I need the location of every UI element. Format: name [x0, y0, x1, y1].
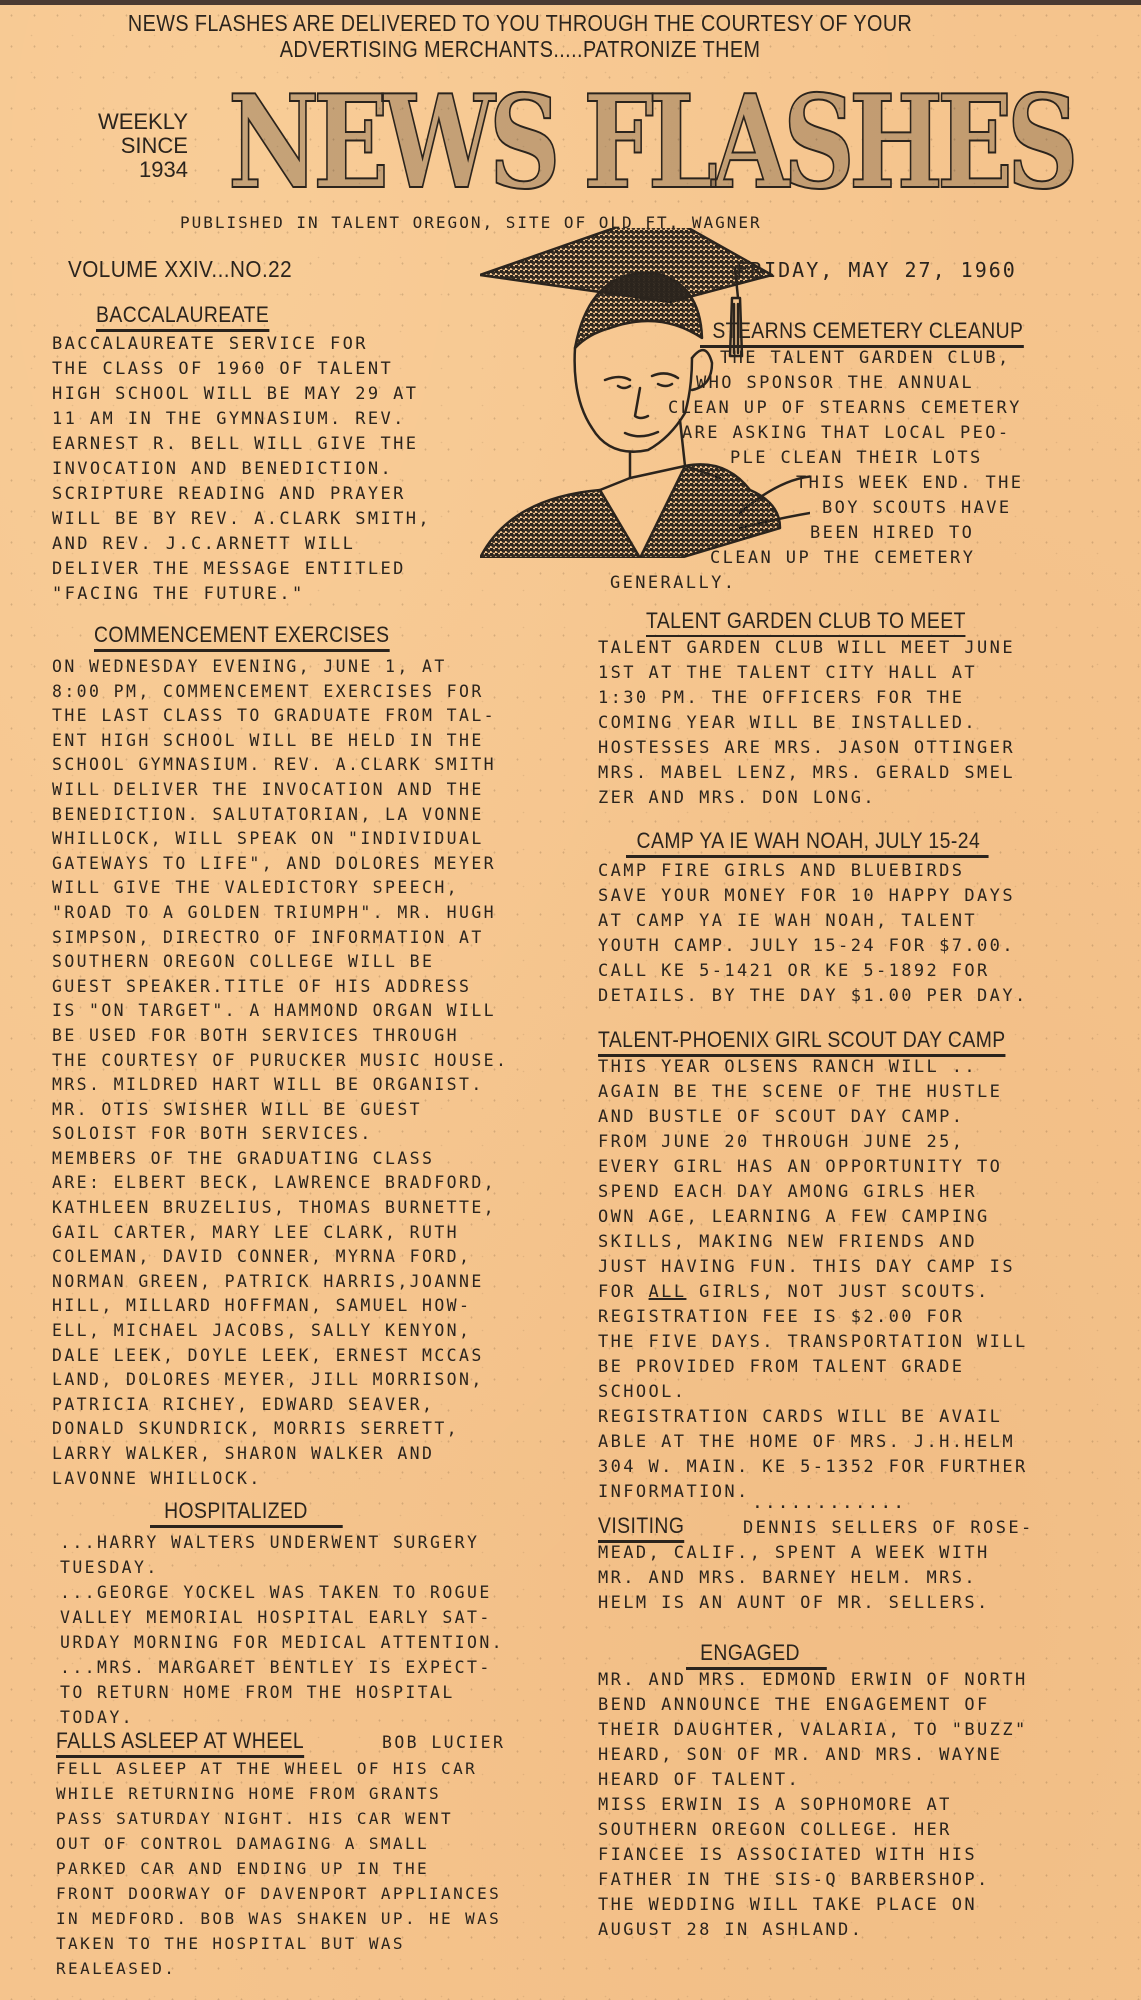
- weekly-since: Weekly since 1934: [78, 110, 188, 182]
- article-garden-club: Talent Garden Club will meet June 1st at…: [598, 636, 1118, 811]
- article-hospitalized: ...Harry Walters underwent surgery Tuesd…: [60, 1530, 620, 1730]
- article-engaged: Mr. and Mrs. Edmond Erwin of North Bend …: [598, 1668, 1118, 1943]
- headline-scout: Talent-Phoenix Girl Scout Day Camp: [598, 1027, 1006, 1057]
- article-baccalaureate: Baccalaureate service for the Class of 1…: [52, 332, 512, 607]
- visiting-body: mead, Calif., spent a week with Mr. and …: [598, 1541, 1118, 1616]
- stearns-line: are asking that local peo-: [600, 421, 1100, 446]
- scout-body-1: This year Olsens Ranch will .. again be …: [598, 1057, 1015, 1302]
- courtesy-notice: News flashes are delivered to you throug…: [60, 10, 980, 62]
- stearns-line: generally.: [600, 571, 1100, 596]
- headline-stearns: Stearns Cemetery Cleanup: [700, 318, 1023, 348]
- top-edge: [0, 0, 1141, 5]
- article-scout: This year Olsens Ranch will .. again be …: [598, 1055, 1118, 1505]
- volume-number: Volume XXIV...No.22: [68, 256, 292, 283]
- asleep-lead: Bob Lucier: [382, 1730, 505, 1755]
- stearns-line: who sponsor the annual: [600, 371, 1100, 396]
- headline-garden-club: Talent Garden Club to meet: [646, 608, 966, 637]
- stearns-line: Boy Scouts have: [600, 496, 1100, 521]
- article-commencement: On Wednesday evening, June 1, at 8:00 pm…: [52, 655, 612, 1491]
- visiting-lead: Dennis Sellers of Rose-: [743, 1516, 1034, 1541]
- article-visiting: Visiting Dennis Sellers of Rose- mead, C…: [598, 1513, 1118, 1616]
- scout-body-2: girls, not just Scouts. Registration fee…: [598, 1282, 1028, 1502]
- article-stearns: The Talent Garden Club, who sponsor the …: [600, 346, 1100, 596]
- headline-camp: Camp Ya Ie Wah Noah, July 15-24: [626, 828, 989, 858]
- scout-emphasis: all: [649, 1282, 687, 1302]
- stearns-line: ple clean their lots: [600, 446, 1100, 471]
- headline-engaged: Engaged: [686, 1640, 826, 1670]
- asleep-body: fell asleep at the wheel of his car whil…: [56, 1756, 616, 1981]
- headline-baccalaureate: Baccalaureate: [96, 302, 269, 332]
- headline-asleep: Falls asleep at wheel: [56, 1728, 304, 1758]
- masthead-title: NEWS FLASHES: [228, 68, 805, 218]
- newspaper-page: News flashes are delivered to you throug…: [0, 0, 1141, 2000]
- stearns-line: The Talent Garden Club,: [600, 346, 1100, 371]
- article-asleep: Falls asleep at wheel Bob Lucier fell as…: [56, 1728, 616, 1981]
- stearns-line: this week end. The: [600, 471, 1100, 496]
- stearns-line: clean up the cemetery: [600, 546, 1100, 571]
- article-camp: Camp Fire Girls and Bluebirds Save your …: [598, 859, 1118, 1009]
- stearns-line: clean up of Stearns Cemetery: [600, 396, 1100, 421]
- separator-dots: ............: [752, 1490, 906, 1515]
- courtesy-line-1: News flashes are delivered to you throug…: [60, 10, 980, 36]
- courtesy-line-2: advertising merchants.....patronize them: [60, 36, 980, 62]
- headline-hospitalized: Hospitalized: [150, 1498, 343, 1528]
- stearns-line: been hired to: [600, 521, 1100, 546]
- headline-visiting: Visiting: [598, 1513, 684, 1543]
- headline-commencement: Commencement Exercises: [94, 622, 389, 652]
